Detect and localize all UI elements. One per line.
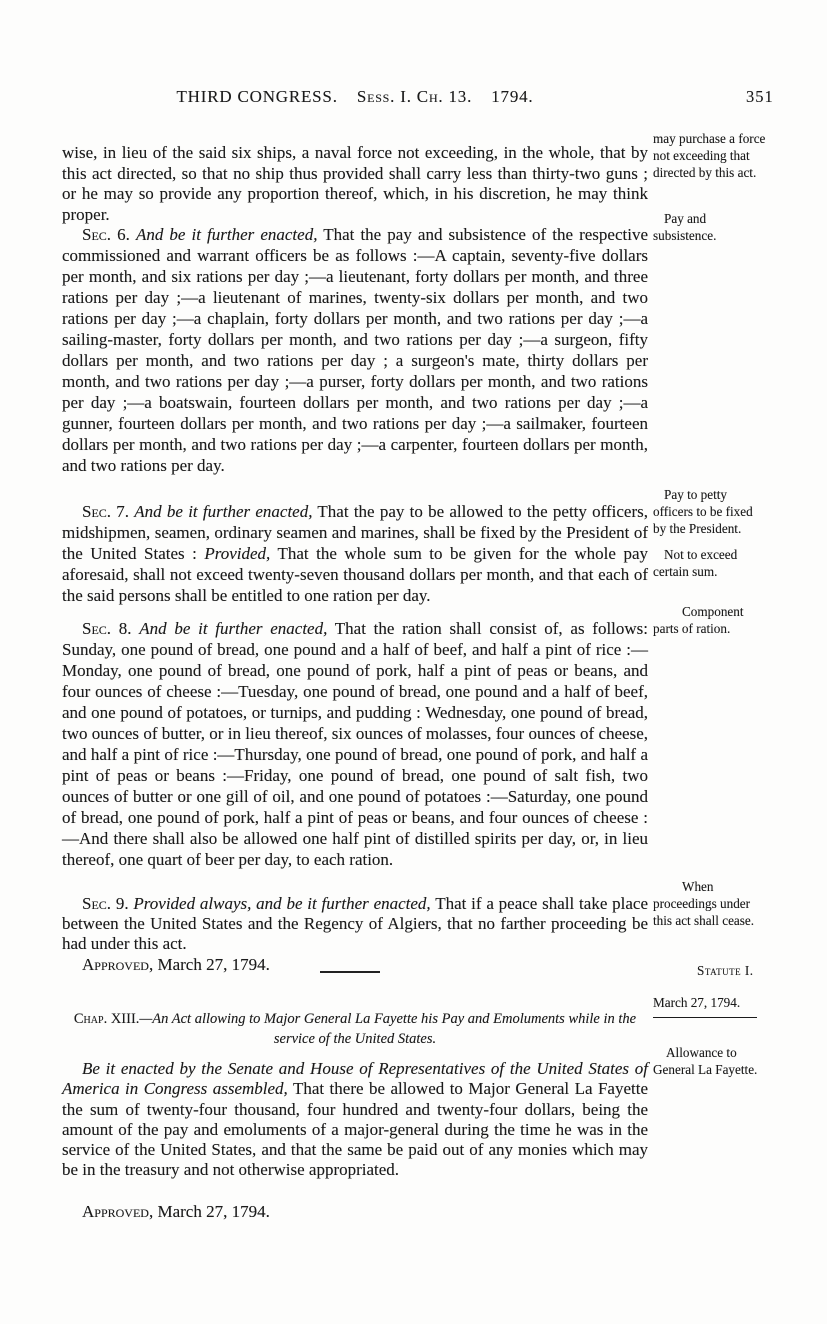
approved-date: March 27, 1794.	[157, 955, 269, 974]
section-9-paragraph: Sec. 9. Provided always, and be it furth…	[62, 894, 648, 954]
continuation-text: wise, in lieu of the said six ships, a n…	[62, 143, 648, 224]
approved-date: March 27, 1794.	[157, 1202, 269, 1221]
section-6-paragraph: Sec. 6. And be it further enacted, That …	[62, 224, 648, 476]
sidenote-pay-petty-officers: Pay to petty officers to be fixed by the…	[653, 487, 769, 537]
section-7-proviso: Provided,	[204, 544, 270, 563]
sidenote-allowance-lafayette: Allowance to General La Fayette.	[653, 1045, 769, 1079]
page-number: 351	[746, 87, 774, 107]
section-7-enacting-clause: And be it further enacted,	[134, 502, 312, 521]
section-8-label: Sec. 8.	[82, 619, 132, 638]
section-7-label: Sec. 7.	[82, 502, 129, 521]
section-9-enacting-clause: Provided always, and be it further enact…	[133, 894, 430, 913]
naval-act-continuation-paragraph: wise, in lieu of the said six ships, a n…	[62, 143, 648, 225]
chapter-13-label: Chap. XIII.	[74, 1011, 140, 1027]
approved-label: Approved,	[82, 1202, 153, 1221]
sidenote-proceedings-cease: When proceedings under this act shall ce…	[653, 879, 769, 929]
approved-label: Approved,	[82, 955, 153, 974]
sidenote-may-purchase-force: may purchase a force not exceeding that …	[653, 131, 769, 181]
section-7-paragraph: Sec. 7. And be it further enacted, That …	[62, 501, 648, 606]
section-8-paragraph: Sec. 8. And be it further enacted, That …	[62, 618, 648, 870]
chapter-13-heading: Chap. XIII.—An Act allowing to Major Gen…	[62, 1009, 648, 1049]
section-6-body: That the pay and subsistence of the resp…	[62, 225, 648, 475]
act-divider-rule	[320, 971, 380, 973]
sidenote-pay-and-subsistence: Pay and subsistence.	[653, 211, 769, 245]
lafayette-act-approval-line: Approved, March 27, 1794.	[62, 1201, 648, 1222]
section-8-enacting-clause: And be it further enacted,	[139, 619, 327, 638]
lafayette-act-paragraph: Be it enacted by the Senate and House of…	[62, 1059, 648, 1181]
sidenote-act-date: March 27, 1794.	[653, 995, 757, 1018]
section-8-body: That the ration shall consist of, as fol…	[62, 619, 648, 869]
running-header-year: 1794.	[491, 87, 533, 106]
statute-book-page: THIRD CONGRESS. Sess. I. Ch. 13. 1794. 3…	[0, 0, 827, 1324]
sidenote-component-parts-ration: Component parts of ration.	[653, 604, 769, 638]
section-6-enacting-clause: And be it further enacted,	[136, 225, 318, 244]
section-6-label: Sec. 6.	[82, 225, 130, 244]
sidenote-not-to-exceed-sum: Not to exceed certain sum.	[653, 547, 769, 581]
running-header-session-chapter: Sess. I. Ch. 13.	[357, 87, 472, 106]
section-9-label: Sec. 9.	[82, 894, 129, 913]
chapter-13-title: —An Act allowing to Major General La Fay…	[139, 1011, 636, 1047]
running-header: THIRD CONGRESS. Sess. I. Ch. 13. 1794.	[62, 87, 648, 107]
sidenote-statute-number: Statute I.	[653, 963, 813, 980]
running-header-congress: THIRD CONGRESS.	[177, 87, 338, 106]
